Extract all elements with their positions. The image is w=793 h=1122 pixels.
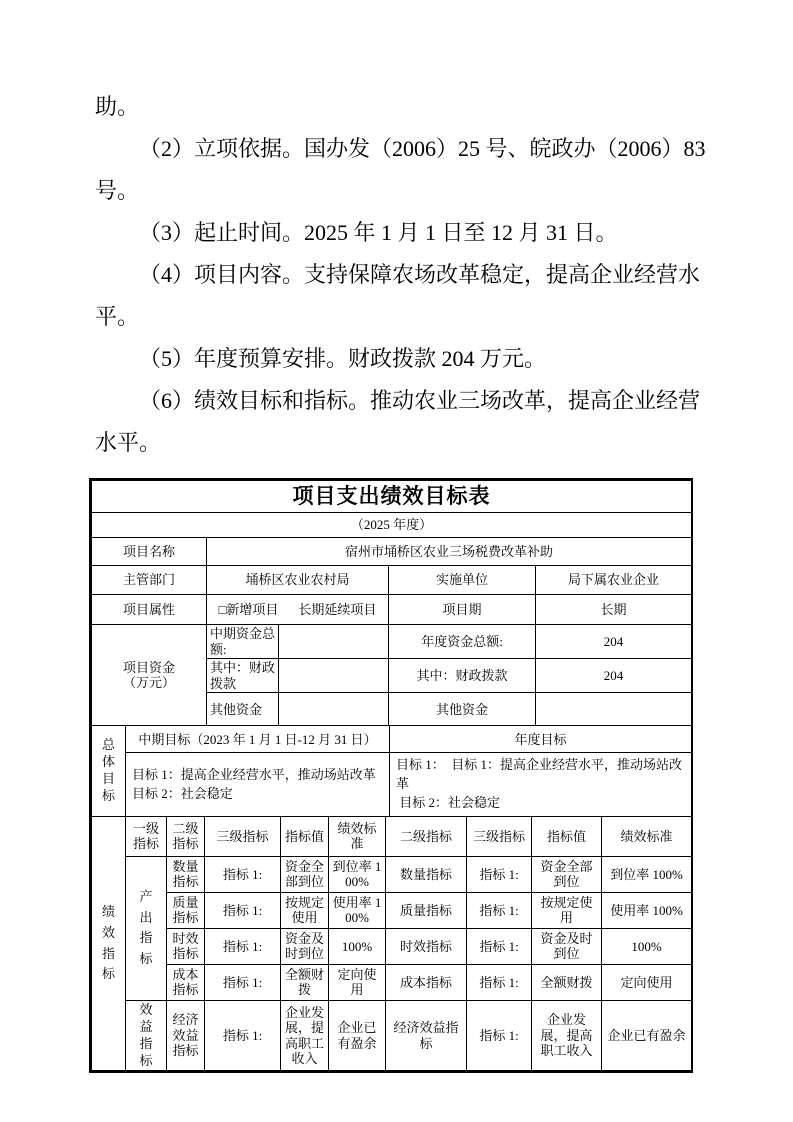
mid-goal-line1: 目标 1：提高企业经营水平，推动场站改革 xyxy=(132,766,383,785)
cell-l3: 指标 1: xyxy=(467,892,532,928)
label-long-term-project: 长期延续项目 xyxy=(298,602,376,617)
cell-funds-label: 项目资金 （万元） xyxy=(92,625,207,726)
cell-overall-goal-side-label: 总体目标 xyxy=(92,726,126,817)
cell-l2: 数量指标 xyxy=(386,856,467,892)
cell-value: 按规定使用 xyxy=(281,892,329,928)
cell-impl-unit-value: 局下属农业企业 xyxy=(536,566,692,595)
header-level2-left: 二级指标 xyxy=(167,816,205,856)
intro-line: （4）项目内容。支持保障农场改革稳定，提高企业经营水 xyxy=(95,254,753,296)
cell-standard: 定向使用 xyxy=(329,964,386,1000)
cell-mid-other-value xyxy=(279,693,389,726)
cell-annual-other-value xyxy=(536,693,692,726)
cell-standard: 企业已有盈余 xyxy=(602,1000,692,1071)
cell-annual-fiscal-value: 204 xyxy=(536,659,692,693)
table-indicators-section: 绩效指标 一级指标 二级指标 三级指标 指标值 绩效标准 二级指标 三级指标 指… xyxy=(91,816,692,1072)
cell-perf-indicator-side-label: 绩效指标 xyxy=(92,816,126,1071)
cell-standard: 使用率 100% xyxy=(329,892,386,928)
cell-benefit-group-label: 效益指标 xyxy=(126,1000,167,1071)
cell-l3: 指标 1: xyxy=(205,856,281,892)
performance-target-table: 项目支出绩效目标表 （2025 年度） 项目名称 宿州市埇桥区农业三场税费改革补… xyxy=(89,478,693,1073)
cell-standard: 使用率 100% xyxy=(602,892,692,928)
cell-mid-goal-header: 中期目标（2023 年 1 月 1 日-12 月 31 日） xyxy=(126,726,390,753)
cell-value: 资金全部到位 xyxy=(532,856,602,892)
cell-value: 全额财拨 xyxy=(532,964,602,1000)
header-value-right: 指标值 xyxy=(532,816,602,856)
output-group-vertical-text: 产出指标 xyxy=(140,887,153,970)
header-level3-left: 三级指标 xyxy=(205,816,281,856)
intro-line: （5）年度预算安排。财政拨款 204 万元。 xyxy=(95,338,753,380)
cell-project-name-value: 宿州市埇桥区农业三场税费改革补助 xyxy=(207,538,692,566)
perf-indicator-vertical-text: 绩效指标 xyxy=(102,902,115,985)
cell-period-label: 项目期 xyxy=(389,595,536,625)
cell-l2: 成本指标 xyxy=(386,964,467,1000)
cell-standard: 定向使用 xyxy=(602,964,692,1000)
header-level1-indicator: 一级指标 xyxy=(126,816,167,856)
intro-line: 水平。 xyxy=(95,422,753,464)
cell-dept-value: 埇桥区农业农村局 xyxy=(207,566,389,595)
cell-l2: 时效指标 xyxy=(386,928,467,964)
cell-value: 按规定使用 xyxy=(532,892,602,928)
funds-label-line2: （万元） xyxy=(95,675,203,691)
benefit-group-vertical-text: 效益指标 xyxy=(140,1002,153,1070)
intro-line: 平。 xyxy=(95,296,753,338)
intro-line: 号。 xyxy=(95,170,753,212)
cell-mid-total-label: 中期资金总额: xyxy=(207,625,279,659)
table-title: 项目支出绩效目标表 xyxy=(92,481,692,513)
cell-mid-goal-text: 目标 1：提高企业经营水平，推动场站改革 目标 2：社会稳定 xyxy=(126,753,390,817)
cell-value: 资金全部到位 xyxy=(281,856,329,892)
cell-l2: 成本指标 xyxy=(167,964,205,1000)
cell-mid-fiscal-value xyxy=(279,659,389,693)
funds-label-line1: 项目资金 xyxy=(95,660,203,676)
cell-l3: 指标 1: xyxy=(467,856,532,892)
intro-line: （2）立项依据。国办发（2006）25 号、皖政办（2006）83 xyxy=(95,128,753,170)
mid-goal-line2: 目标 2：社会稳定 xyxy=(132,785,383,804)
cell-annual-goal-header: 年度目标 xyxy=(390,726,692,753)
cell-standard: 100% xyxy=(329,928,386,964)
cell-l3: 指标 1: xyxy=(205,1000,281,1071)
cell-project-name-label: 项目名称 xyxy=(92,538,207,566)
cell-l3: 指标 1: xyxy=(205,892,281,928)
cell-l3: 指标 1: xyxy=(467,928,532,964)
intro-line: 助。 xyxy=(95,86,753,128)
cell-l3: 指标 1: xyxy=(467,964,532,1000)
annual-goal-line2: 目标 2：社会稳定 xyxy=(396,794,685,813)
cell-standard: 到位率 100% xyxy=(329,856,386,892)
intro-line: （3）起止时间。2025 年 1 月 1 日至 12 月 31 日。 xyxy=(95,212,753,254)
header-level2-right: 二级指标 xyxy=(386,816,467,856)
cell-dept-label: 主管部门 xyxy=(92,566,207,595)
cell-value: 资金及时到位 xyxy=(281,928,329,964)
cell-output-group-label: 产出指标 xyxy=(126,856,167,1000)
cell-mid-total-value xyxy=(279,625,389,659)
cell-attr-value: □新增项目长期延续项目 xyxy=(207,595,389,625)
cell-impl-unit-label: 实施单位 xyxy=(389,566,536,595)
cell-l2: 质量指标 xyxy=(386,892,467,928)
overall-goal-vertical-text: 总体目标 xyxy=(102,737,115,805)
cell-l3: 指标 1: xyxy=(467,1000,532,1071)
cell-standard: 100% xyxy=(602,928,692,964)
header-standard-right: 绩效标准 xyxy=(602,816,692,856)
header-level3-right: 三级指标 xyxy=(467,816,532,856)
cell-mid-fiscal-label: 其中：财政拨款 xyxy=(207,659,279,693)
annual-goal-line1: 目标 1： 目标 1：提高企业经营水平，推动场站改革 xyxy=(396,756,685,794)
cell-value: 企业发展，提高职工收入 xyxy=(281,1000,329,1071)
cell-l2: 质量指标 xyxy=(167,892,205,928)
cell-value: 资金及时到位 xyxy=(532,928,602,964)
cell-value: 企业发展，提高职工收入 xyxy=(532,1000,602,1071)
cell-l2: 经济效益指标 xyxy=(386,1000,467,1071)
cell-l3: 指标 1: xyxy=(205,964,281,1000)
cell-annual-fiscal-label: 其中：财政拨款 xyxy=(389,659,536,693)
cell-annual-total-value: 204 xyxy=(536,625,692,659)
cell-standard: 到位率 100% xyxy=(602,856,692,892)
cell-mid-other-label: 其他资金 xyxy=(207,693,279,726)
header-value-left: 指标值 xyxy=(281,816,329,856)
cell-l2: 经济效益指标 xyxy=(167,1000,205,1071)
cell-standard: 企业已有盈余 xyxy=(329,1000,386,1071)
cell-attr-label: 项目属性 xyxy=(92,595,207,625)
cell-l2: 时效指标 xyxy=(167,928,205,964)
cell-annual-other-label: 其他资金 xyxy=(389,693,536,726)
table-info-section: 项目支出绩效目标表 （2025 年度） 项目名称 宿州市埇桥区农业三场税费改革补… xyxy=(91,480,692,726)
table-goals-section: 总体目标 中期目标（2023 年 1 月 1 日-12 月 31 日） 年度目标… xyxy=(91,725,692,817)
cell-period-value: 长期 xyxy=(536,595,692,625)
cell-l3: 指标 1: xyxy=(205,928,281,964)
intro-line: （6）绩效目标和指标。推动农业三场改革，提高企业经营 xyxy=(95,380,753,422)
intro-paragraphs: 助。 （2）立项依据。国办发（2006）25 号、皖政办（2006）83 号。 … xyxy=(95,86,753,464)
header-standard-left: 绩效标准 xyxy=(329,816,386,856)
cell-annual-total-label: 年度资金总额: xyxy=(389,625,536,659)
cell-value: 全额财拨 xyxy=(281,964,329,1000)
checkbox-new-project: □新增项目 xyxy=(219,602,279,617)
table-year: （2025 年度） xyxy=(92,513,692,538)
cell-l2: 数量指标 xyxy=(167,856,205,892)
document-page: 助。 （2）立项依据。国办发（2006）25 号、皖政办（2006）83 号。 … xyxy=(0,0,793,1122)
cell-annual-goal-text: 目标 1： 目标 1：提高企业经营水平，推动场站改革 目标 2：社会稳定 xyxy=(390,753,692,817)
